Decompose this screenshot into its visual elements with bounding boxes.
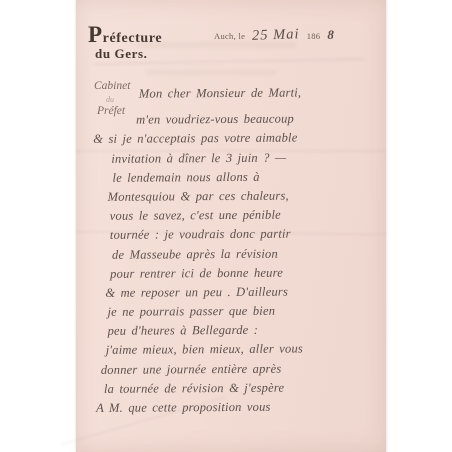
dateline-handwritten-year-digit: 8 xyxy=(327,27,334,43)
handwritten-line: tournée : je voudrais donc partir xyxy=(76,224,378,245)
letter-body: Mon cher Monsieur de Marti, m'en voudrie… xyxy=(75,83,379,418)
letterhead-prefecture: Préfecture xyxy=(88,22,162,48)
handwritten-line: pour rentrer ici de bonne heure xyxy=(76,263,378,284)
handwritten-line: je ne pourrais passer que bien xyxy=(76,301,378,322)
handwritten-line: & si je n'acceptais pas votre aimable xyxy=(75,128,377,149)
handwritten-line: & me reposer un peu . D'ailleurs xyxy=(76,282,378,303)
handwritten-line: Mon cher Monsieur de Marti, xyxy=(75,83,377,104)
dateline: Auch, le 25 Mai 186 8 xyxy=(214,27,334,44)
letterhead-du-gers: du Gers. xyxy=(95,46,147,62)
handwritten-line: Montesquiou & par ces chaleurs, xyxy=(76,186,378,207)
handwritten-line: le lendemain nous allons à xyxy=(75,167,377,188)
handwritten-line: invitation à dîner le 3 juin ? — xyxy=(75,148,377,169)
handwritten-line: donner une journée entière après xyxy=(77,359,379,380)
handwritten-line: j'aime mieux, bien mieux, aller vous xyxy=(77,339,379,360)
dateline-handwritten-date: 25 Mai xyxy=(252,26,300,45)
dateline-printed-year: 186 xyxy=(307,31,321,41)
handwritten-line: vous le savez, c'est une pénible xyxy=(76,205,378,226)
handwritten-line: A M. que cette proposition vous xyxy=(77,397,379,418)
ink-showthrough xyxy=(146,70,276,75)
handwritten-line: la tournée de révision & j'espère xyxy=(77,378,379,399)
letter-paper: Préfecture du Gers. Auch, le 25 Mai 186 … xyxy=(76,0,386,452)
handwritten-line: peu d'heures à Bellegarde : xyxy=(76,320,378,341)
handwritten-line: m'en voudriez-vous beaucoup xyxy=(75,109,377,130)
handwritten-line: de Masseube après la révision xyxy=(76,243,378,264)
dateline-printed-place: Auch, le xyxy=(214,31,245,41)
